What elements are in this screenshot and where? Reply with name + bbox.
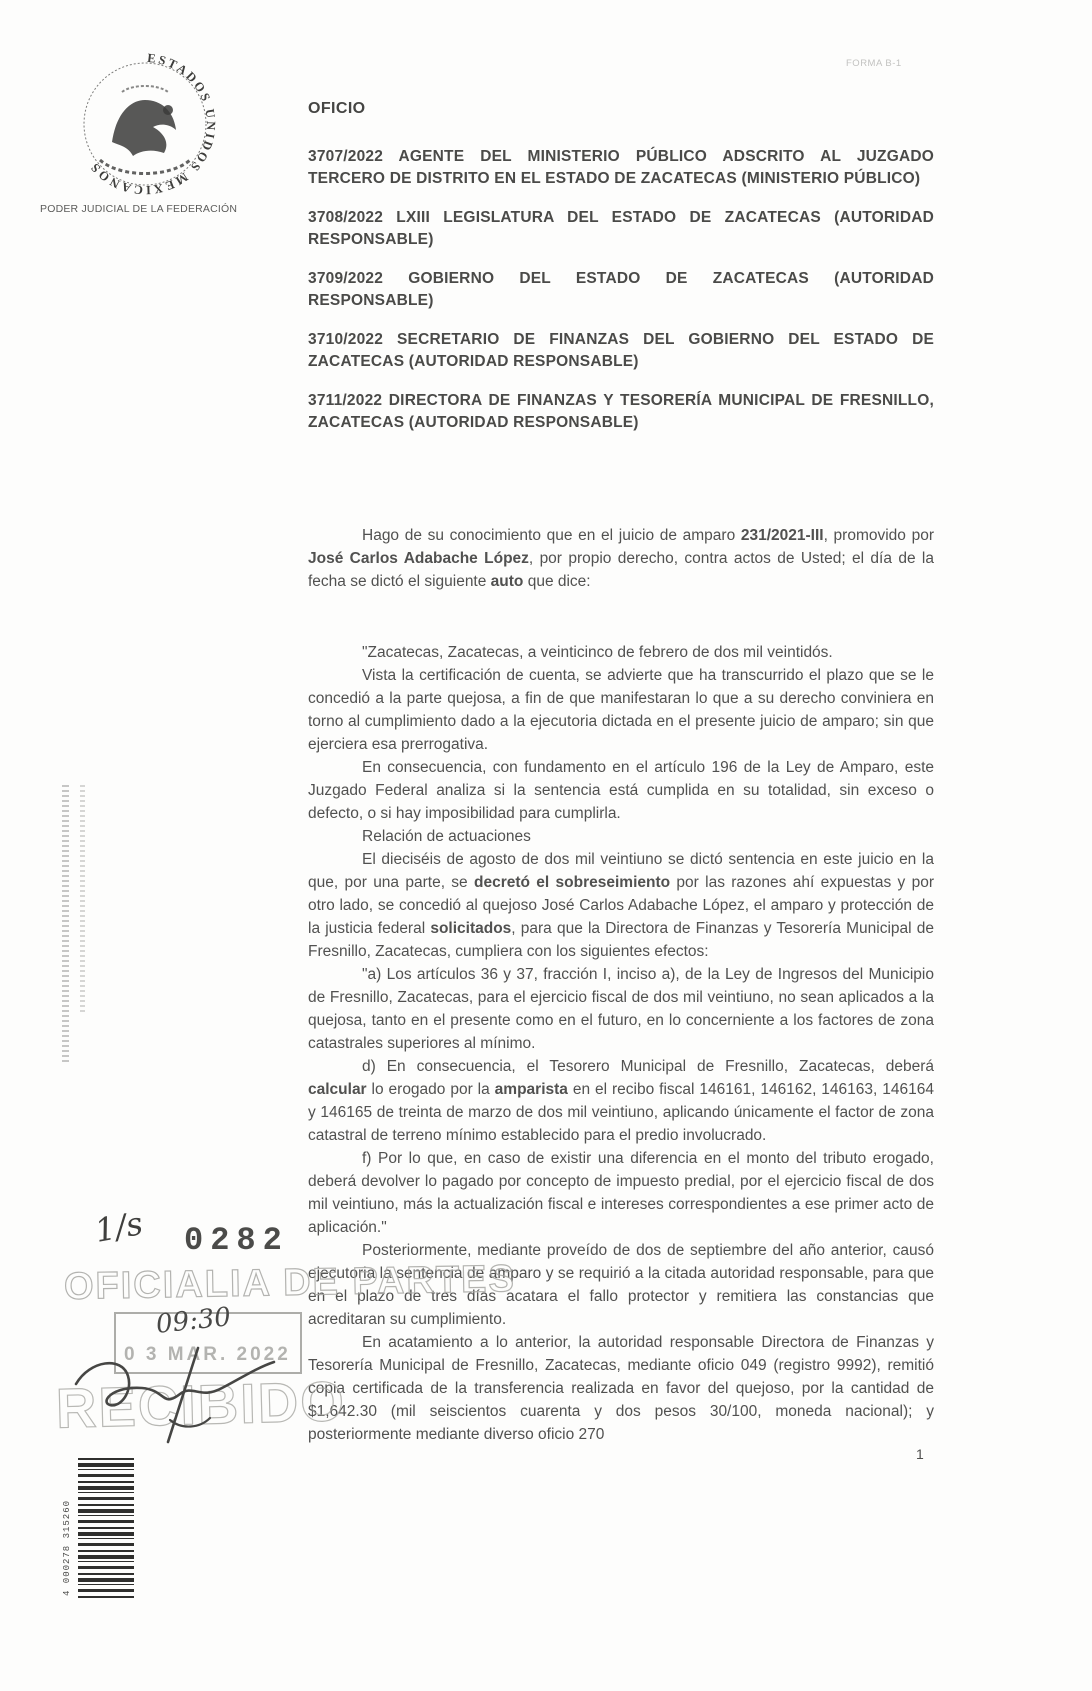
- institution-name: PODER JUDICIAL DE LA FEDERACIÓN: [40, 203, 240, 215]
- signature: [70, 1342, 300, 1457]
- body-text: Hago de su conocimiento que en el juicio…: [308, 524, 934, 1446]
- handwritten-time: 09:30: [155, 1302, 233, 1340]
- body-paragraph: En acatamiento a lo anterior, la autorid…: [308, 1331, 934, 1446]
- national-seal-icon: ESTADOS UNIDOS MEXICANOS: [52, 46, 238, 202]
- recipient-block: 3708/2022 LXIII LEGISLATURA DEL ESTADO D…: [308, 207, 934, 251]
- margin-microtext: [62, 782, 69, 1062]
- body-paragraph: Relación de actuaciones: [308, 825, 934, 848]
- content-column: OFICIO 3707/2022 AGENTE DEL MINISTERIO P…: [308, 100, 934, 1446]
- forma-label: FORMA B-1: [846, 58, 902, 69]
- body-paragraph: Hago de su conocimiento que en el juicio…: [308, 524, 934, 593]
- handwritten-folio: 1/s: [92, 1204, 145, 1250]
- barcode: 4 000278 315260: [62, 1458, 138, 1598]
- recipient-block: 3711/2022 DIRECTORA DE FINANZAS Y TESORE…: [308, 390, 934, 434]
- margin-microtext: [80, 782, 85, 1012]
- body-paragraph: "a) Los artículos 36 y 37, fracción I, i…: [308, 963, 934, 1055]
- recipient-block: 3707/2022 AGENTE DEL MINISTERIO PÚBLICO …: [308, 146, 934, 190]
- recipient-block: 3710/2022 SECRETARIO DE FINANZAS DEL GOB…: [308, 329, 934, 373]
- oficialia-de-partes-stamp: OFICIALIA DE PARTES: [64, 1258, 516, 1309]
- doc-type-label: OFICIO: [308, 100, 934, 118]
- barcode-bars: [78, 1458, 134, 1598]
- body-paragraph: Vista la certificación de cuenta, se adv…: [308, 664, 934, 756]
- folio-number-stamp: 0282: [184, 1222, 289, 1259]
- body-paragraph: "Zacatecas, Zacatecas, a veinticinco de …: [308, 641, 934, 664]
- document-page: FORMA B-1 ESTADOS UNIDOS MEXICANOS PODER…: [0, 0, 1092, 1691]
- recipient-block: 3709/2022 GOBIERNO DEL ESTADO DE ZACATEC…: [308, 268, 934, 312]
- body-paragraph: En consecuencia, con fundamento en el ar…: [308, 756, 934, 825]
- page-number: 1: [916, 1446, 924, 1462]
- barcode-number: 4 000278 315260: [62, 1460, 72, 1596]
- body-paragraph: f) Por lo que, en caso de existir una di…: [308, 1147, 934, 1239]
- recipient-list: 3707/2022 AGENTE DEL MINISTERIO PÚBLICO …: [308, 146, 934, 434]
- body-paragraph: d) En consecuencia, el Tesorero Municipa…: [308, 1055, 934, 1147]
- body-paragraph: El dieciséis de agosto de dos mil veinti…: [308, 848, 934, 963]
